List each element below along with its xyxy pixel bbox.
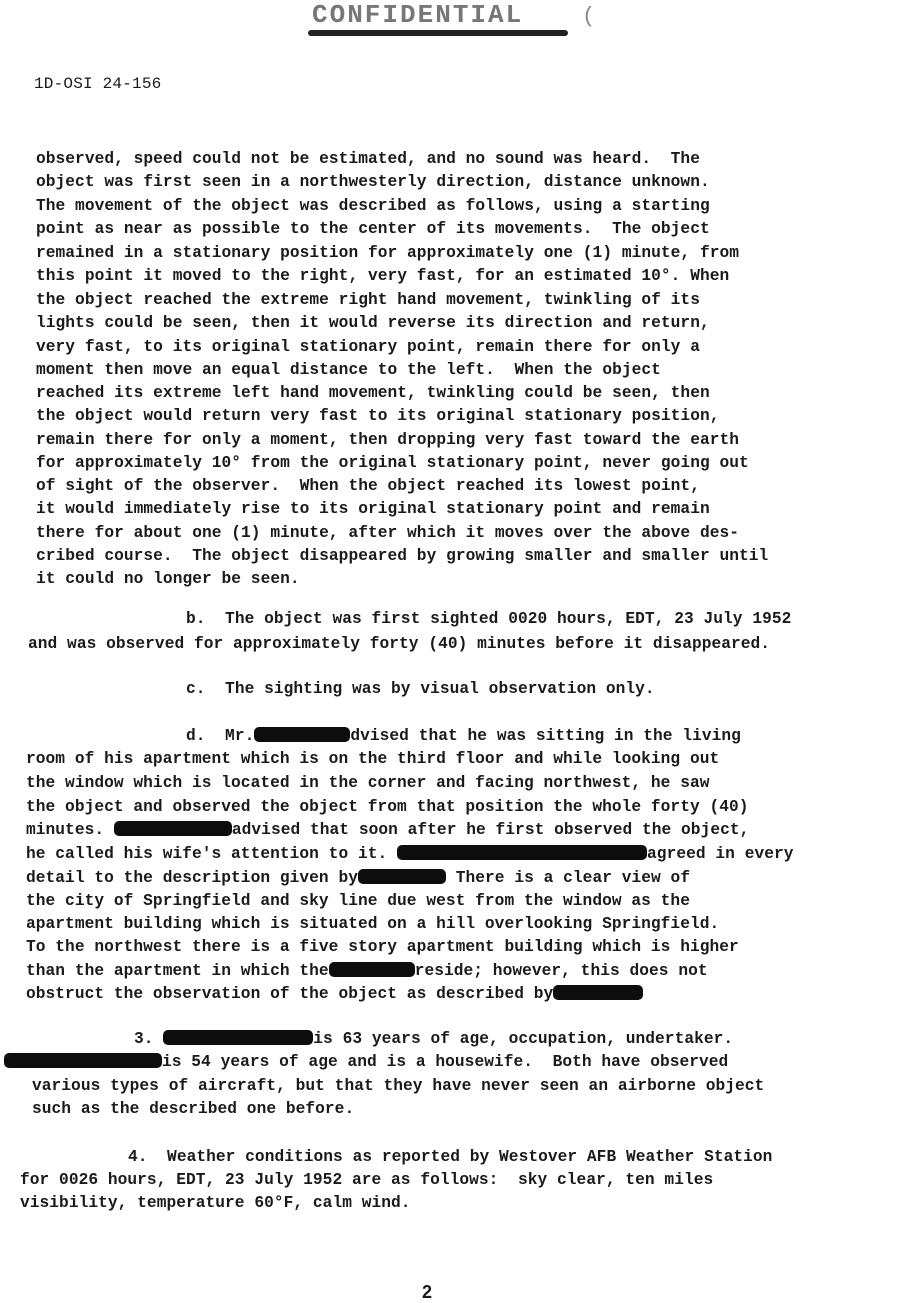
paragraph-a-line: remain there for only a moment, then dro… (36, 431, 739, 449)
paragraph-d-line: the city of Springfield and sky line due… (26, 892, 690, 910)
redaction-bar (114, 821, 232, 836)
paragraph-a-line: object was first seen in a northwesterly… (36, 173, 710, 191)
stamp-text: CONFIDENTIAL (312, 0, 523, 30)
paragraph-a-line: very fast, to its original stationary po… (36, 338, 700, 356)
paragraph-4-line: 4. Weather conditions as reported by Wes… (128, 1148, 772, 1166)
paragraph-d-line: minutes. advised that soon after he firs… (26, 821, 749, 839)
paragraph-a-line: The movement of the object was described… (36, 197, 710, 215)
redaction-bar (4, 1053, 162, 1068)
paragraph-a-line: this point it moved to the right, very f… (36, 267, 729, 285)
text: There is a clear view of (456, 869, 690, 887)
text: than the apartment in which the (26, 962, 329, 980)
paragraph-d-line: apartment building which is situated on … (26, 915, 719, 933)
paragraph-a-line: it would immediately rise to its origina… (36, 500, 710, 518)
paragraph-a-line: there for about one (1) minute, after wh… (36, 524, 739, 542)
paragraph-3-line: is 54 years of age and is a housewife. B… (4, 1053, 728, 1071)
redaction-bar (397, 845, 647, 860)
paragraph-d-line: detail to the description given by There… (26, 869, 690, 887)
paragraph-a-line: reached its extreme left hand movement, … (36, 384, 710, 402)
paragraph-b-line: b. The object was first sighted 0020 hou… (186, 610, 791, 628)
paragraph-3-line: various types of aircraft, but that they… (32, 1077, 764, 1095)
paragraph-d-line: To the northwest there is a five story a… (26, 938, 739, 956)
paragraph-a-line: cribed course. The object disappeared by… (36, 547, 768, 565)
paragraph-d-line: d. Mr.dvised that he was sitting in the … (186, 727, 741, 745)
paragraph-a-line: point as near as possible to the center … (36, 220, 710, 238)
text: is 54 years of age and is a housewife. B… (162, 1053, 728, 1071)
text: obstruct the observation of the object a… (26, 985, 553, 1003)
paragraph-d-line: he called his wife's attention to it. ag… (26, 845, 794, 863)
text: agreed in every (647, 845, 793, 863)
stamp-underline (308, 30, 568, 36)
text: advised that soon after he first observe… (232, 821, 750, 839)
text: dvised that he was sitting in the living (350, 727, 741, 745)
paragraph-a-line: remained in a stationary position for ap… (36, 244, 739, 262)
paragraph-d-line: room of his apartment which is on the th… (26, 750, 719, 768)
redaction-bar (358, 869, 446, 884)
text: d. Mr. (186, 727, 254, 745)
text: he called his wife's attention to it. (26, 845, 387, 863)
text: reside; however, this does not (415, 962, 708, 980)
paragraph-a-line: for approximately 10° from the original … (36, 454, 749, 472)
paragraph-d-line: obstruct the observation of the object a… (26, 985, 643, 1003)
file-number: 1D-OSI 24-156 (34, 75, 161, 93)
paragraph-a-line: of sight of the observer. When the objec… (36, 477, 700, 495)
redaction-bar (329, 962, 415, 977)
text: is 63 years of age, occupation, undertak… (313, 1030, 733, 1048)
paragraph-4-line: visibility, temperature 60°F, calm wind. (20, 1194, 411, 1212)
text: 3. (134, 1030, 154, 1048)
redaction-bar (553, 985, 643, 1000)
paragraph-a-line: lights could be seen, then it would reve… (36, 314, 710, 332)
paragraph-4-line: for 0026 hours, EDT, 23 July 1952 are as… (20, 1171, 713, 1189)
paragraph-b-line: and was observed for approximately forty… (28, 635, 770, 653)
paragraph-a-line: moment then move an equal distance to th… (36, 361, 661, 379)
paragraph-3-line: such as the described one before. (32, 1100, 354, 1118)
paragraph-a-line: it could no longer be seen. (36, 570, 300, 588)
redaction-bar (254, 727, 350, 742)
text: detail to the description given by (26, 869, 358, 887)
paragraph-d-line: than the apartment in which thereside; h… (26, 962, 708, 980)
paragraph-a-line: the object reached the extreme right han… (36, 291, 700, 309)
paragraph-a-line: observed, speed could not be estimated, … (36, 150, 700, 168)
text: minutes. (26, 821, 104, 839)
paragraph-c: c. The sighting was by visual observatio… (186, 680, 655, 698)
paragraph-a-line: the object would return very fast to its… (36, 407, 720, 425)
redaction-bar (163, 1030, 313, 1045)
paragraph-d-line: the object and observed the object from … (26, 798, 749, 816)
page-number: 2 (422, 1282, 432, 1303)
paragraph-d-line: the window which is located in the corne… (26, 774, 710, 792)
paragraph-3-line: 3. is 63 years of age, occupation, under… (134, 1030, 733, 1048)
stamp-mark: ( (582, 4, 595, 29)
